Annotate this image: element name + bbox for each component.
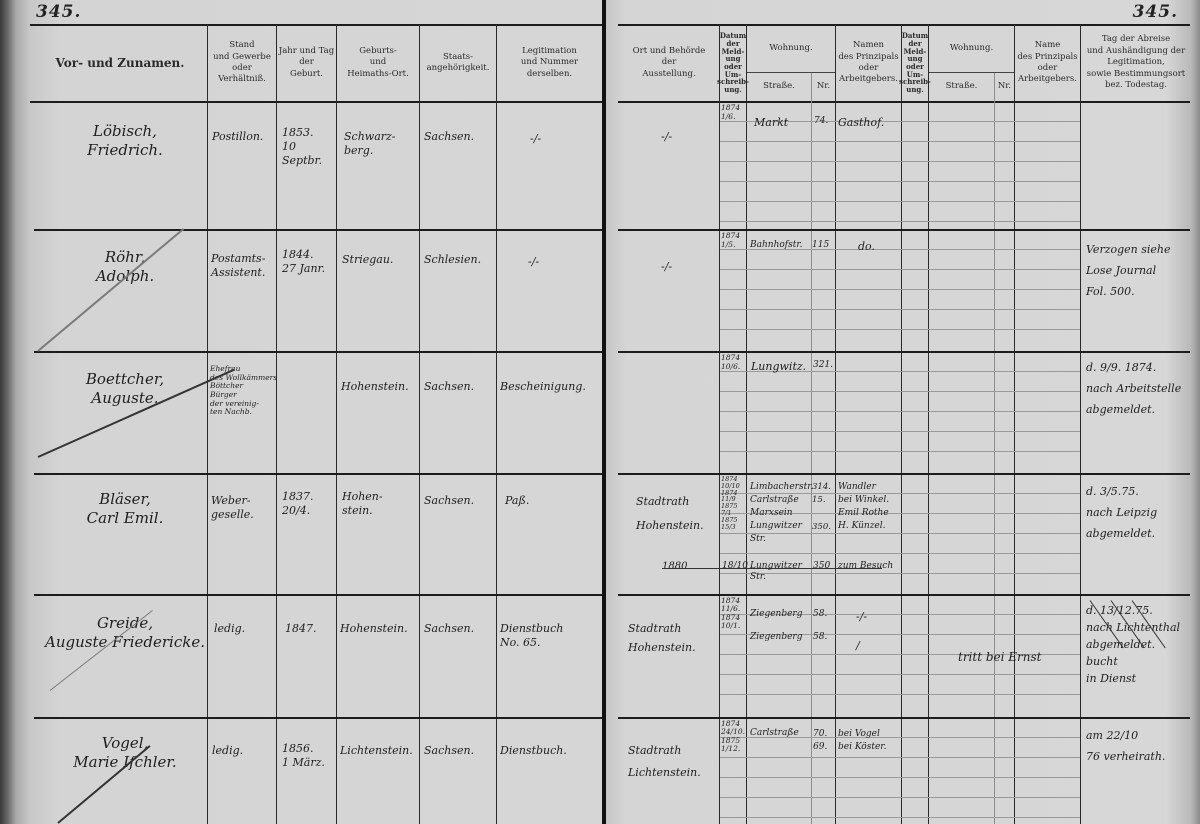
entry-behoerde: -/- <box>661 260 701 274</box>
entry-abreise: d. 9/9. 1874. nach Arbeitstelle abgemeld… <box>1086 358 1190 421</box>
entry-strasse: Markt <box>754 116 812 130</box>
header-datum-1: Datum der Meld- ung oder Um- schreib- un… <box>720 26 746 100</box>
ruled-subline <box>720 269 1080 270</box>
ruled-subline <box>720 329 1080 330</box>
entry-staat: Sachsen. <box>424 494 496 508</box>
entry-behoerde: Stadtrath Lichtenstein. <box>628 740 718 784</box>
entry-nr: 321. <box>813 360 835 371</box>
left-page-number: 345. <box>36 2 81 22</box>
ruled-subline <box>720 674 1080 675</box>
entry-geburt: 1844. 27 Janr. <box>282 248 338 276</box>
entry-amend-prinzipal: zum Besuch <box>838 561 902 572</box>
entry-strasse: Lungwitz. <box>751 360 811 374</box>
header-bottom-rule <box>30 101 604 103</box>
entry-legitimation: Dienstbuch No. 65. <box>500 622 600 650</box>
entry-nr: 70. 69. <box>813 728 835 753</box>
col-rule <box>901 24 902 824</box>
entry-stand: Weber- geselle. <box>211 494 277 522</box>
ruled-subline <box>720 201 1080 202</box>
entry-stand: ledig. <box>212 744 274 758</box>
header-behoerde: Ort und Behörde der Ausstellung. <box>620 26 718 100</box>
col-rule <box>994 72 995 824</box>
left-page: 345. Vor- und Zunamen. Stand und Gewerbe… <box>0 0 604 824</box>
entry-staat: Sachsen. <box>424 744 496 758</box>
right-page-number: 345. <box>1133 2 1178 22</box>
entry-geburt: 1847. <box>285 622 335 636</box>
col-rule <box>207 24 208 824</box>
entry-stand: Postamts- Assistent. <box>211 252 277 280</box>
entry-datum: 1874 11/6. 1874 10/1. <box>721 597 747 630</box>
ruled-subline <box>720 161 1080 162</box>
ledger-spread: 345. Vor- und Zunamen. Stand und Gewerbe… <box>0 0 1200 824</box>
ruled-subline <box>720 391 1080 392</box>
entry-amend-nr: 350 <box>813 561 835 572</box>
entry-nr: 314. 15. 350. <box>812 481 836 534</box>
entry-abreise: am 22/10 76 verheirath. <box>1086 726 1190 768</box>
entry-geburtsort: Striegau. <box>342 253 418 267</box>
col-rule <box>719 24 720 824</box>
entry-geburt: 1856. 1 März. <box>282 742 336 770</box>
header-nr-2: Nr. <box>995 73 1014 100</box>
col-rule <box>496 24 497 824</box>
entry-behoerde: Stadtrath Hohenstein. <box>628 620 718 657</box>
entry-legitimation: Paß. <box>505 494 595 508</box>
entry-datum: 1874 24/10. 1875 1/12. <box>721 720 747 753</box>
entry-datum: 1874 1/6. <box>721 104 747 121</box>
entry-legitimation: -/- <box>530 132 570 146</box>
entry-nr: 115 <box>812 240 834 251</box>
row-rule <box>34 594 604 596</box>
entry-amend-datum: 18/10 <box>722 561 748 572</box>
ruled-subline <box>720 817 1080 818</box>
entry-stand: ledig. <box>214 622 274 636</box>
col-rule <box>419 24 420 824</box>
ruled-subline <box>720 431 1080 432</box>
ruled-subline <box>720 411 1080 412</box>
entry-prinzipal: do. <box>858 240 898 254</box>
entry-stand: Ehefrau des Wollkämmers Böttcher Bürger … <box>210 365 278 417</box>
ruled-subline <box>720 553 1080 554</box>
header-name: Vor- und Zunamen. <box>34 26 206 100</box>
entry-datum: 1874 1/5. <box>721 232 747 249</box>
entry-abreise: d. 13/12.75. nach Lichtenthal abgemeldet… <box>1086 602 1190 687</box>
header-prinzipal-2: Name des Prinzipals oder Arbeitgebers. <box>1015 26 1080 100</box>
row-rule <box>618 473 1190 475</box>
entry-geburtsort: Lichtenstein. <box>340 744 420 758</box>
header-strasse-1: Straße. <box>747 73 811 100</box>
entry-nr: 58. 58. <box>813 603 835 650</box>
entry-staat: Sachsen. <box>424 380 496 394</box>
header-staat: Staats- angehörigkeit. <box>420 26 496 100</box>
entry-legitimation: Dienstbuch. <box>500 744 600 758</box>
header-nr-1: Nr. <box>812 73 835 100</box>
ruled-subline <box>720 309 1080 310</box>
ruled-subline <box>720 289 1080 290</box>
col-rule <box>1080 24 1081 824</box>
header-wohnung-2: Wohnung. <box>929 26 1014 72</box>
entry-legitimation: -/- <box>528 255 568 269</box>
entry-prinzipal: -/- / <box>856 603 896 660</box>
ruled-subline <box>720 777 1080 778</box>
entry-geburtsort: Hohen- stein. <box>342 490 418 518</box>
entry-geburt: 1853. 10 Septbr. <box>282 126 338 167</box>
entry-name: Löbisch, Friedrich. <box>50 122 200 160</box>
ruled-subline <box>720 221 1080 222</box>
col-rule <box>811 72 812 824</box>
entry-name: Greide, Auguste Friedericke. <box>40 614 210 652</box>
entry-behoerde: -/- <box>661 130 701 144</box>
header-prinzipal-1: Namen des Prinzipals oder Arbeitgebers. <box>836 26 901 100</box>
header-stand: Stand und Gewerbe oder Verhältniß. <box>208 26 276 100</box>
ruled-subline <box>720 181 1080 182</box>
header-geburtsort: Geburts- und Heimaths-Ort. <box>337 26 419 100</box>
entry-prinzipal: bei Vogel bei Köster. <box>838 728 904 753</box>
entry-strasse: Bahnhofstr. <box>750 240 812 251</box>
entry-geburtsort: Hohenstein. <box>340 622 418 636</box>
header-geburt: Jahr und Tag der Geburt. <box>277 26 336 100</box>
entry-strasse: Ziegenberg Ziegenberg <box>750 603 812 650</box>
entry-strasse: Carlstraße <box>750 728 812 739</box>
ruled-subline <box>720 757 1080 758</box>
entry-staat: Sachsen. <box>424 622 496 636</box>
header-strasse-2: Straße. <box>929 73 994 100</box>
header-abreise: Tag der Abreise und Aushändigung der Leg… <box>1081 26 1191 100</box>
col-rule <box>276 24 277 824</box>
entry-behoerde: Stadtrath Hohenstein. <box>636 490 718 538</box>
col-rule <box>835 24 836 824</box>
right-page: 345. Ort und Behörde der Ausstellung. Da… <box>606 0 1200 824</box>
header-bottom-rule <box>618 101 1190 103</box>
entry-name: Röhr, Adolph. <box>50 248 200 286</box>
entry-datum: 1874 10/10 1874 11/9 1875 7/1 1875 15/3 <box>721 476 747 531</box>
col-rule <box>1014 24 1015 824</box>
row-rule <box>618 594 1190 596</box>
entry-staat: Sachsen. <box>424 130 496 144</box>
entry-name: Boettcher, Auguste. <box>50 370 200 408</box>
entry-abreise: Verzogen siehe Lose Journal Fol. 500. <box>1086 240 1190 303</box>
entry-geburtsort: Hohenstein. <box>341 380 419 394</box>
entry-name: Bläser, Carl Emil. <box>50 490 200 528</box>
entry-note: tritt bei Ernst <box>958 650 1098 665</box>
row-rule <box>618 351 1190 353</box>
entry-geburt: 1837. 20/4. <box>282 490 338 518</box>
row-rule <box>618 717 1190 719</box>
entry-datum: 1874 10/6. <box>721 354 747 371</box>
entry-stand: Postillon. <box>212 130 276 144</box>
ruled-subline <box>720 694 1080 695</box>
entry-geburtsort: Schwarz- berg. <box>344 130 418 158</box>
header-wohnung-1: Wohnung. <box>747 26 835 72</box>
row-rule <box>618 229 1190 231</box>
row-rule <box>34 229 604 231</box>
entry-prinzipal: Wandler bei Winkel. Emil Rothe H. Künzel… <box>838 481 902 533</box>
entry-strikethrough <box>37 228 184 352</box>
row-rule <box>34 351 604 353</box>
ruled-subline <box>720 141 1080 142</box>
ruled-subline <box>720 797 1080 798</box>
row-rule <box>34 717 604 719</box>
entry-nr: 74. <box>814 116 836 127</box>
header-datum-2: Datum der Meld- ung oder Um- schreib- un… <box>902 26 928 100</box>
header-legitimation: Legitimation und Nummer derselben. <box>497 26 602 100</box>
entry-abreise: d. 3/5.75. nach Leipzig abgemeldet. <box>1086 482 1190 545</box>
row-rule <box>34 473 604 475</box>
ruled-subline <box>720 451 1080 452</box>
col-rule <box>746 24 747 824</box>
entry-staat: Schlesien. <box>424 253 496 267</box>
entry-legitimation: Bescheinigung. <box>500 380 600 394</box>
entry-strikethrough <box>662 568 882 569</box>
entry-strasse: Limbacherstr. Carlstraße Marxsein Lungwi… <box>750 481 812 546</box>
entry-amend-strasse: Lungwitzer Str. <box>750 561 812 584</box>
col-rule <box>928 24 929 824</box>
entry-prinzipal: Gasthof. <box>838 116 902 130</box>
